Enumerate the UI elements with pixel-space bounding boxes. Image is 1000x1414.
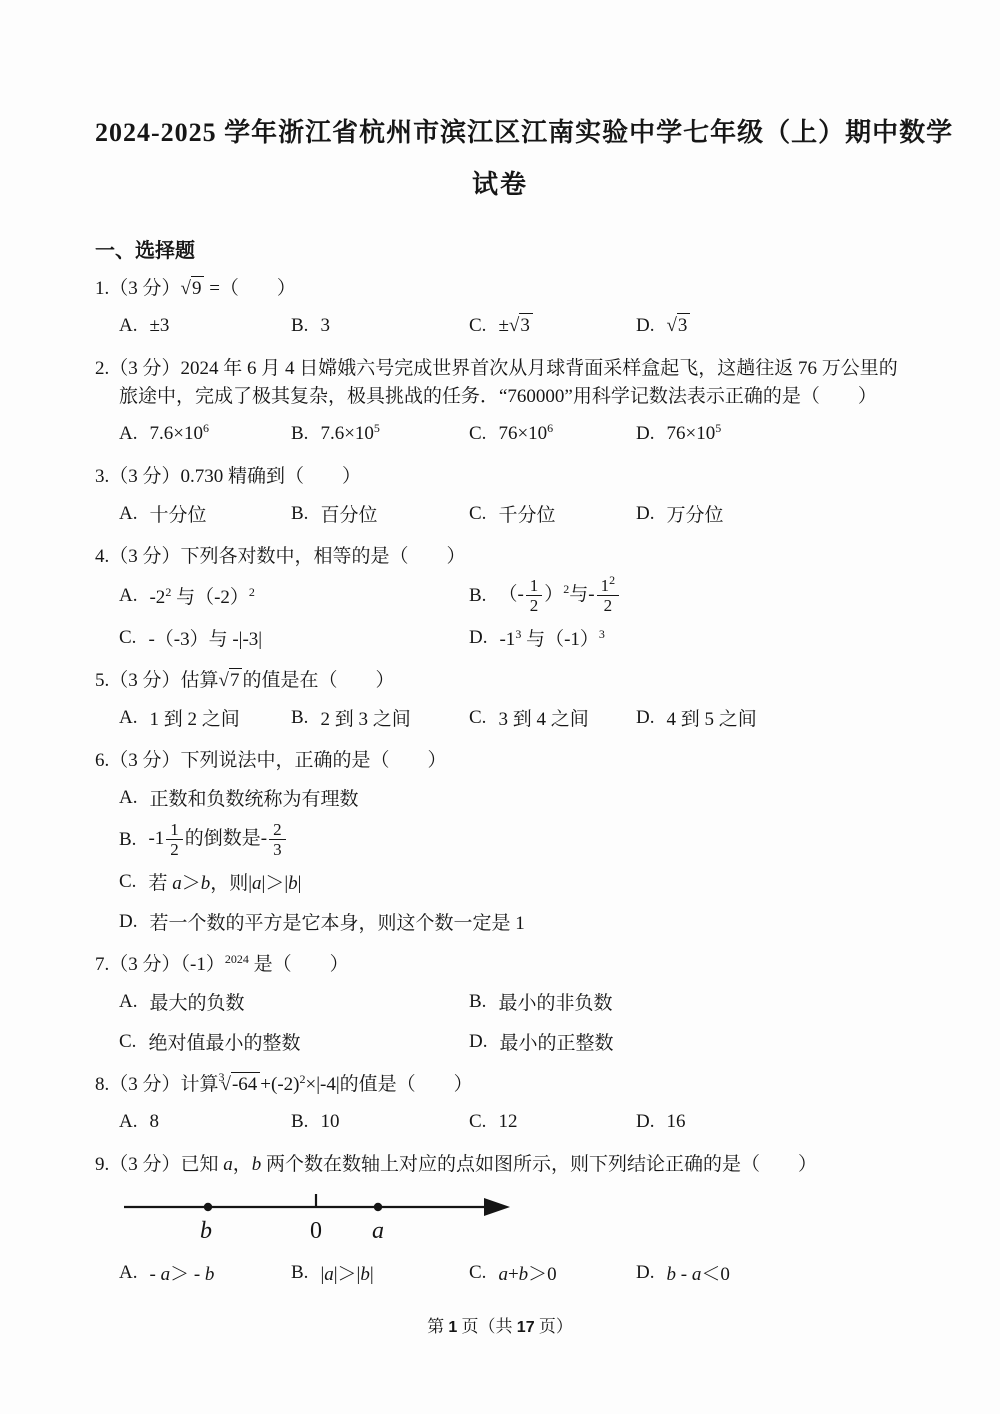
option-text: 若 a＞b，则|a|＞|b|: [148, 868, 301, 895]
question-6: 6.（3 分）下列说法中，正确的是（ ） A.正数和负数统称为有理数 B.-11…: [95, 747, 905, 939]
option-text: -22 与（-2）2: [149, 582, 254, 609]
question-6-option-a: A.正数和负数统称为有理数: [119, 784, 905, 811]
option-text: 76×106: [498, 423, 553, 445]
option-label: B.: [291, 503, 308, 525]
option-text: 10: [320, 1111, 339, 1133]
point-b-dot: [204, 1203, 212, 1211]
question-1-option-a: A.±3: [119, 315, 291, 337]
option-label: B.: [291, 1111, 308, 1133]
question-6-option-c: C.若 a＞b，则|a|＞|b|: [119, 868, 905, 895]
option-label: D.: [636, 423, 654, 445]
option-label: D.: [636, 1262, 654, 1284]
option-text: -（-3）与 -|-3|: [148, 624, 262, 651]
option-text: 最小的正整数: [499, 1028, 613, 1055]
question-9-options: A.- a＞ - b B.|a|＞|b| C.a+b＞0 D.b - a＜0: [95, 1255, 905, 1290]
exam-content: 2024-2025 学年浙江省杭州市滨江区江南实验中学七年级（上）期中数学 试卷…: [0, 0, 1000, 1337]
question-8-options: A.8 B.10 C.12 D.16: [95, 1104, 905, 1139]
option-label: B.: [119, 829, 136, 851]
question-3-option-d: D.万分位: [636, 500, 905, 527]
option-label: A.: [119, 707, 137, 729]
option-text: a+b＞0: [498, 1259, 556, 1286]
option-label: C.: [469, 1111, 486, 1133]
option-label: A.: [119, 503, 137, 525]
option-label: C.: [469, 503, 486, 525]
question-6-option-row-c: C.若 a＞b，则|a|＞|b|: [95, 864, 905, 899]
option-text: - a＞ - b: [149, 1259, 214, 1286]
question-7-option-b: B.最小的非负数: [469, 988, 905, 1015]
question-4-option-a: A.-22 与（-2）2: [119, 582, 469, 609]
question-1: 1.（3 分）√9 =（ ） A.±3 B.3 C.±√3 D.√3: [95, 275, 905, 343]
question-3: 3.（3 分）0.730 精确到（ ） A.十分位 B.百分位 C.千分位 D.…: [95, 463, 905, 531]
option-label: A.: [119, 585, 137, 607]
option-text: 2 到 3 之间: [320, 704, 410, 731]
question-4: 4.（3 分）下列各对数中，相等的是（ ） A.-22 与（-2）2 B.（-1…: [95, 543, 905, 655]
exam-title-line1: 2024-2025 学年浙江省杭州市滨江区江南实验中学七年级（上）期中数学: [95, 116, 905, 150]
page-footer: 第 1 页（共 17 页）: [95, 1312, 905, 1337]
option-text: 百分位: [320, 500, 377, 527]
option-text: 最小的非负数: [498, 988, 612, 1015]
question-7-options-row-1: A.最大的负数 B.最小的非负数: [95, 984, 905, 1019]
question-7-stem: 7.（3 分）（-1）2024 是（ ）: [95, 951, 905, 979]
question-5: 5.（3 分）估算√7的值是在（ ） A.1 到 2 之间 B.2 到 3 之间…: [95, 667, 905, 735]
option-label: B.: [469, 585, 486, 607]
option-label: C.: [119, 627, 136, 649]
option-text: 7.6×105: [320, 423, 379, 445]
question-9-option-c: C.a+b＞0: [469, 1259, 636, 1286]
question-2: 2.（3 分）2024 年 6 月 4 日嫦娥六号完成世界首次从月球背面采样盒起…: [95, 355, 905, 451]
question-2-option-a: A.7.6×106: [119, 423, 291, 445]
question-9-option-d: D.b - a＜0: [636, 1259, 905, 1286]
option-label: B.: [291, 707, 308, 729]
question-4-options-row-1: A.-22 与（-2）2 B.（-12）2与-122: [95, 576, 905, 615]
option-label: D.: [636, 1111, 654, 1133]
question-9-option-a: A.- a＞ - b: [119, 1259, 291, 1286]
option-label: C.: [469, 315, 486, 337]
question-5-options: A.1 到 2 之间 B.2 到 3 之间 C.3 到 4 之间 D.4 到 5…: [95, 700, 905, 735]
option-label: D.: [636, 503, 654, 525]
question-8-option-c: C.12: [469, 1111, 636, 1133]
number-line-label-b: b: [200, 1218, 212, 1244]
option-text: 4 到 5 之间: [666, 704, 756, 731]
question-6-option-row-a: A.正数和负数统称为有理数: [95, 780, 905, 815]
option-text: 1 到 2 之间: [149, 704, 239, 731]
question-8-option-b: B.10: [291, 1111, 469, 1133]
option-label: C.: [119, 871, 136, 893]
question-8-option-a: A.8: [119, 1111, 291, 1133]
number-line-label-a: a: [372, 1218, 384, 1244]
question-4-stem: 4.（3 分）下列各对数中，相等的是（ ）: [95, 543, 905, 571]
number-line-label-zero: 0: [310, 1218, 322, 1244]
option-text: 正数和负数统称为有理数: [149, 784, 358, 811]
option-text: 16: [666, 1111, 685, 1133]
option-text: 3: [320, 315, 330, 337]
question-9-stem: 9.（3 分）已知 a，b 两个数在数轴上对应的点如图所示，则下列结论正确的是（…: [95, 1151, 905, 1179]
question-5-option-b: B.2 到 3 之间: [291, 704, 469, 731]
option-label: C.: [469, 1262, 486, 1284]
question-7: 7.（3 分）（-1）2024 是（ ） A.最大的负数 B.最小的非负数 C.…: [95, 951, 905, 1059]
question-2-stem: 2.（3 分）2024 年 6 月 4 日嫦娥六号完成世界首次从月球背面采样盒起…: [95, 355, 905, 411]
option-label: A.: [119, 423, 137, 445]
option-label: D.: [636, 707, 654, 729]
question-7-options-row-2: C.绝对值最小的整数 D.最小的正整数: [95, 1024, 905, 1059]
question-3-option-b: B.百分位: [291, 500, 469, 527]
option-text: 最大的负数: [149, 988, 244, 1015]
question-1-stem: 1.（3 分）√9 =（ ）: [95, 275, 905, 303]
exam-title-line2: 试卷: [95, 168, 905, 202]
option-text: （-12）2与-122: [498, 576, 621, 615]
option-text: 76×105: [666, 423, 721, 445]
question-4-option-c: C.-（-3）与 -|-3|: [119, 624, 469, 651]
question-3-option-c: C.千分位: [469, 500, 636, 527]
question-8-option-d: D.16: [636, 1111, 905, 1133]
option-text: 千分位: [498, 500, 555, 527]
question-6-option-row-b: B.-112的倒数是-23: [95, 820, 905, 859]
question-5-option-a: A.1 到 2 之间: [119, 704, 291, 731]
question-2-option-b: B.7.6×105: [291, 423, 469, 445]
question-1-option-c: C.±√3: [469, 315, 636, 337]
question-3-option-a: A.十分位: [119, 500, 291, 527]
option-text: 8: [149, 1111, 159, 1133]
question-7-option-c: C.绝对值最小的整数: [119, 1028, 469, 1055]
question-1-option-b: B.3: [291, 315, 469, 337]
section-heading-choice: 一、选择题: [95, 234, 905, 263]
question-5-option-d: D.4 到 5 之间: [636, 704, 905, 731]
option-text: ±√3: [498, 315, 532, 337]
option-label: D.: [119, 911, 137, 933]
option-label: B.: [291, 423, 308, 445]
question-4-options-row-2: C.-（-3）与 -|-3| D.-13 与（-1）3: [95, 620, 905, 655]
question-2-option-c: C.76×106: [469, 423, 636, 445]
option-text: -112的倒数是-23: [148, 820, 287, 859]
option-text: 7.6×106: [149, 423, 208, 445]
question-3-options: A.十分位 B.百分位 C.千分位 D.万分位: [95, 496, 905, 531]
exam-title: 2024-2025 学年浙江省杭州市滨江区江南实验中学七年级（上）期中数学 试卷: [95, 0, 905, 202]
question-1-options: A.±3 B.3 C.±√3 D.√3: [95, 308, 905, 343]
question-6-option-row-d: D.若一个数的平方是它本身，则这个数一定是 1: [95, 904, 905, 939]
option-text: 12: [498, 1111, 517, 1133]
question-5-stem: 5.（3 分）估算√7的值是在（ ）: [95, 667, 905, 695]
question-8-stem: 8.（3 分）计算3√-64+(-2)2×|-4|的值是（ ）: [95, 1071, 905, 1099]
option-label: B.: [469, 991, 486, 1013]
question-1-option-d: D.√3: [636, 315, 905, 337]
option-label: D.: [469, 627, 487, 649]
option-text: 3 到 4 之间: [498, 704, 588, 731]
question-6-option-d: D.若一个数的平方是它本身，则这个数一定是 1: [119, 908, 905, 935]
number-line-figure: b 0 a: [120, 1187, 905, 1250]
option-label: D.: [469, 1031, 487, 1053]
exam-page: 2024-2025 学年浙江省杭州市滨江区江南实验中学七年级（上）期中数学 试卷…: [0, 0, 1000, 1414]
number-line-svg: b 0 a: [120, 1187, 520, 1245]
question-2-options: A.7.6×106 B.7.6×105 C.76×106 D.76×105: [95, 416, 905, 451]
question-7-option-d: D.最小的正整数: [469, 1028, 905, 1055]
question-8: 8.（3 分）计算3√-64+(-2)2×|-4|的值是（ ） A.8 B.10…: [95, 1071, 905, 1139]
point-a-dot: [374, 1203, 382, 1211]
option-label: A.: [119, 315, 137, 337]
question-5-option-c: C.3 到 4 之间: [469, 704, 636, 731]
number-line-arrow-icon: [484, 1198, 510, 1216]
option-label: A.: [119, 1111, 137, 1133]
question-4-option-b: B.（-12）2与-122: [469, 576, 905, 615]
option-text: √3: [666, 315, 690, 337]
option-text: 绝对值最小的整数: [148, 1028, 300, 1055]
option-text: ±3: [149, 315, 169, 337]
option-label: A.: [119, 991, 137, 1013]
option-label: C.: [119, 1031, 136, 1053]
option-label: D.: [636, 315, 654, 337]
question-6-option-b: B.-112的倒数是-23: [119, 820, 905, 859]
question-3-stem: 3.（3 分）0.730 精确到（ ）: [95, 463, 905, 491]
option-label: C.: [469, 423, 486, 445]
option-label: C.: [469, 707, 486, 729]
option-text: -13 与（-1）3: [499, 624, 604, 651]
option-text: 若一个数的平方是它本身，则这个数一定是 1: [149, 908, 524, 935]
question-4-option-d: D.-13 与（-1）3: [469, 624, 905, 651]
question-6-stem: 6.（3 分）下列说法中，正确的是（ ）: [95, 747, 905, 775]
option-label: B.: [291, 1262, 308, 1284]
option-label: A.: [119, 1262, 137, 1284]
option-text: 万分位: [666, 500, 723, 527]
question-9: 9.（3 分）已知 a，b 两个数在数轴上对应的点如图所示，则下列结论正确的是（…: [95, 1151, 905, 1290]
question-9-option-b: B.|a|＞|b|: [291, 1259, 469, 1286]
option-label: A.: [119, 787, 137, 809]
option-text: |a|＞|b|: [320, 1259, 373, 1286]
option-text: 十分位: [149, 500, 206, 527]
question-2-option-d: D.76×105: [636, 423, 905, 445]
option-text: b - a＜0: [666, 1259, 729, 1286]
option-label: B.: [291, 315, 308, 337]
question-7-option-a: A.最大的负数: [119, 988, 469, 1015]
